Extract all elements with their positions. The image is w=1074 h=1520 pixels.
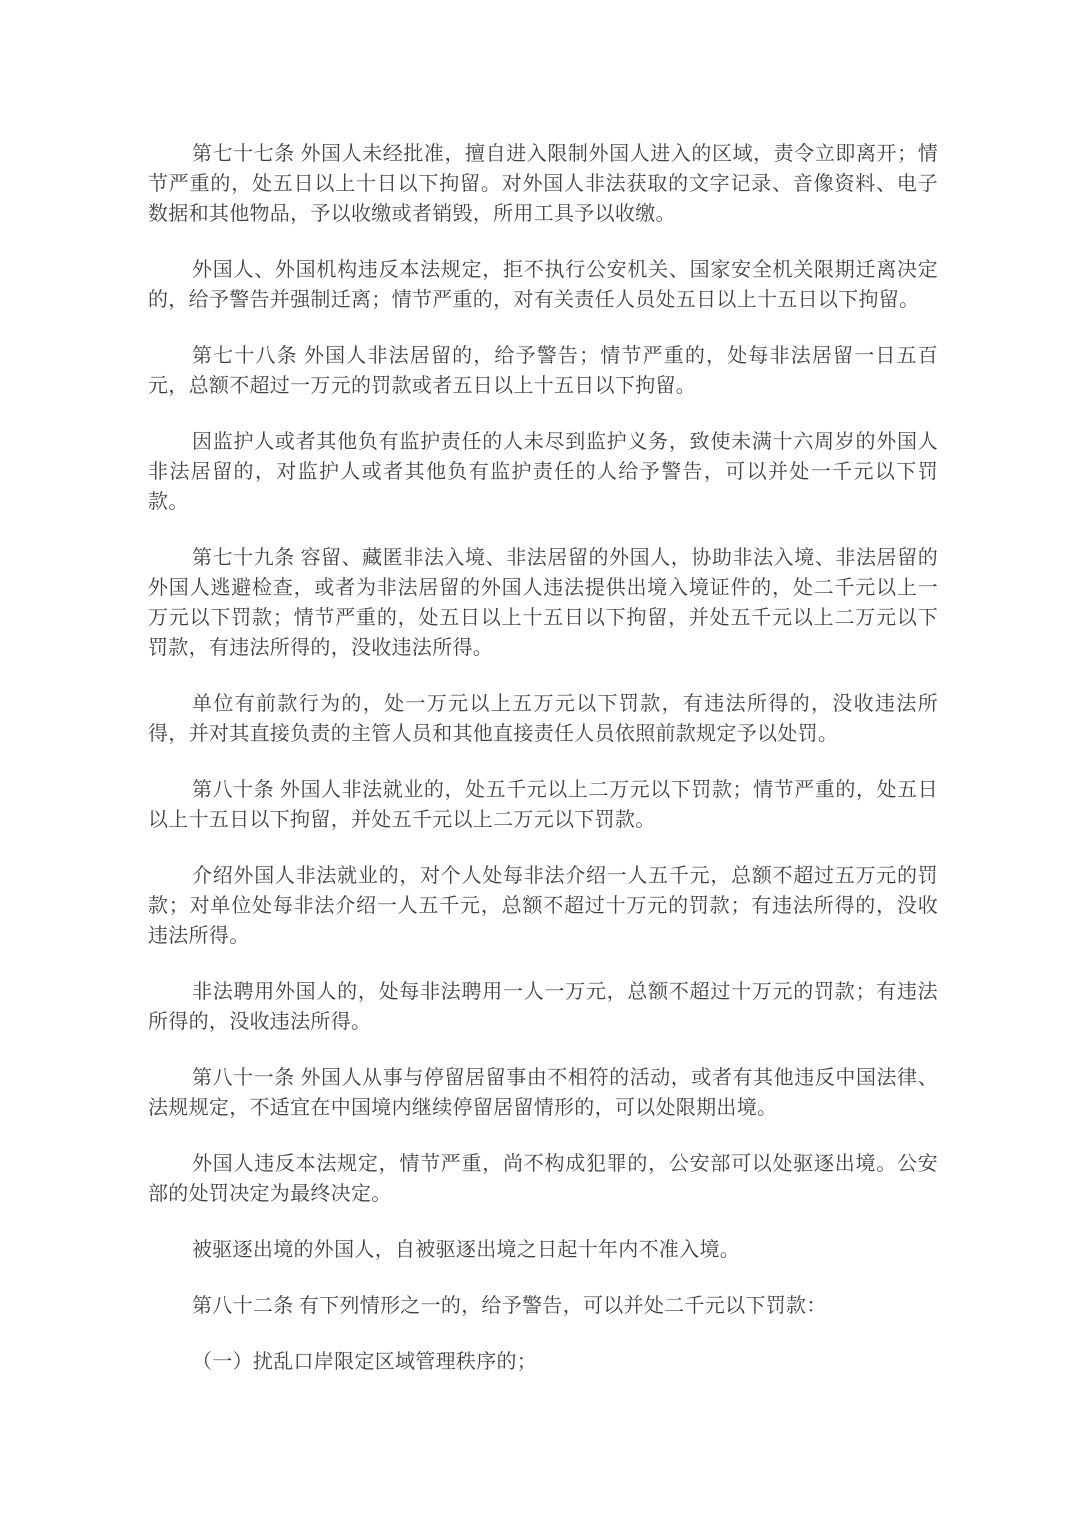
para-article-80-1: 第八十条 外国人非法就业的，处五千元以上二万元以下罚款；情节严重的，处五日以上十… (148, 775, 938, 835)
para-article-81-3: 被驱逐出境的外国人，自被驱逐出境之日起十年内不准入境。 (148, 1235, 938, 1265)
para-article-78-1: 第七十八条 外国人非法居留的，给予警告；情节严重的，处每非法居留一日五百元，总额… (148, 341, 938, 401)
para-article-81-1: 第八十一条 外国人从事与停留居留事由不相符的活动，或者有其他违反中国法律、法规规… (148, 1063, 938, 1123)
para-article-80-2: 介绍外国人非法就业的，对个人处每非法介绍一人五千元，总额不超过五万元的罚款；对单… (148, 861, 938, 951)
para-article-78-2: 因监护人或者其他负有监护责任的人未尽到监护义务，致使未满十六周岁的外国人非法居留… (148, 427, 938, 517)
document-body: 第七十七条 外国人未经批准，擅自进入限制外国人进入的区域，责令立即离开；情节严重… (148, 139, 938, 1377)
para-article-79-2: 单位有前款行为的，处一万元以上五万元以下罚款，有违法所得的，没收违法所得，并对其… (148, 689, 938, 749)
para-article-82-1: 第八十二条 有下列情形之一的，给予警告，可以并处二千元以下罚款： (148, 1291, 938, 1321)
para-article-80-3: 非法聘用外国人的，处每非法聘用一人一万元，总额不超过十万元的罚款；有违法所得的，… (148, 977, 938, 1037)
document-page: 第七十七条 外国人未经批准，擅自进入限制外国人进入的区域，责令立即离开；情节严重… (0, 0, 1074, 1520)
para-article-79-1: 第七十九条 容留、藏匿非法入境、非法居留的外国人，协助非法入境、非法居留的外国人… (148, 543, 938, 663)
para-article-77-1: 第七十七条 外国人未经批准，擅自进入限制外国人进入的区域，责令立即离开；情节严重… (148, 139, 938, 229)
para-article-82-item-1: （一）扰乱口岸限定区域管理秩序的； (148, 1347, 938, 1377)
para-article-77-2: 外国人、外国机构违反本法规定，拒不执行公安机关、国家安全机关限期迁离决定的，给予… (148, 255, 938, 315)
para-article-81-2: 外国人违反本法规定，情节严重，尚不构成犯罪的，公安部可以处驱逐出境。公安部的处罚… (148, 1149, 938, 1209)
